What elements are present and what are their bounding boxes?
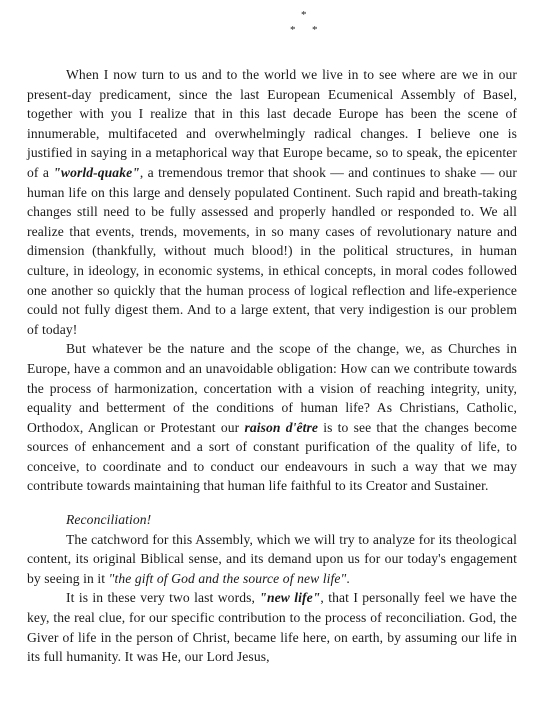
asterism-star-bottom-right: *	[312, 25, 318, 36]
emphasis-raison-detre: raison d'être	[244, 420, 318, 435]
paragraph-new-life: It is in these very two last words, "new…	[27, 588, 517, 666]
paragraph-churches-obligation: But whatever be the nature and the scope…	[27, 339, 517, 496]
asterism-star-top: *	[301, 10, 307, 21]
paragraph-text: , a tremendous tremor that shook — and c…	[27, 165, 517, 337]
paragraph-text: It is in these very two last words,	[66, 590, 259, 605]
document-page: * * * When I now turn to us and to the w…	[0, 0, 540, 707]
emphasis-world-quake: "world-quake"	[53, 165, 140, 180]
section-heading-reconciliation: Reconciliation!	[27, 510, 517, 530]
emphasis-new-life: "new life"	[259, 590, 320, 605]
paragraph-text: When I now turn to us and to the world w…	[27, 67, 517, 180]
paragraph-text: .	[346, 571, 350, 586]
quote-gift-of-god: "the gift of God and the source of new l…	[109, 571, 347, 586]
paragraph-world-quake: When I now turn to us and to the world w…	[27, 65, 517, 339]
document-body: When I now turn to us and to the world w…	[27, 65, 517, 667]
asterism-star-bottom-left: *	[290, 25, 296, 36]
paragraph-catchword: The catchword for this Assembly, which w…	[27, 530, 517, 589]
